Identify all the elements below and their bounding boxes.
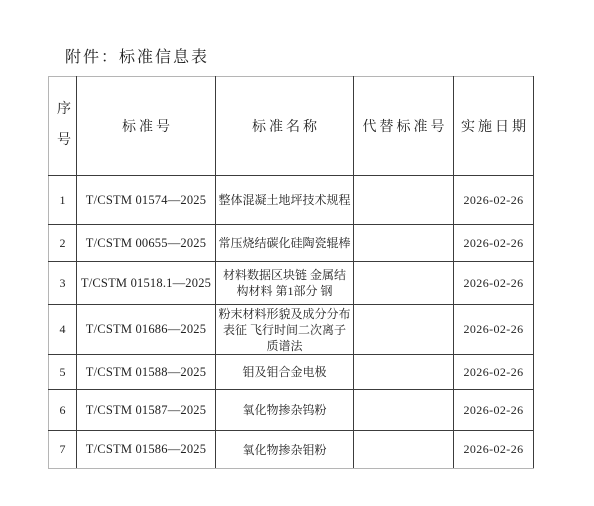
cell-standard-name: 氧化物掺杂钼粉	[216, 431, 354, 469]
cell-serial: 3	[49, 262, 77, 305]
cell-impl-date: 2026-02-26	[454, 390, 534, 431]
standards-table: 序号 标准号 标准名称 代替标准号 实施日期 1 T/CSTM 01574—20…	[48, 76, 534, 469]
cell-serial: 7	[49, 431, 77, 469]
cell-serial: 5	[49, 355, 77, 390]
cell-standard-no: T/CSTM 00655—2025	[77, 225, 216, 262]
page-title: 附件：标准信息表	[65, 44, 209, 67]
table-header-row: 序号 标准号 标准名称 代替标准号 实施日期	[49, 77, 534, 176]
cell-replaced-no	[354, 390, 454, 431]
cell-standard-no: T/CSTM 01518.1—2025	[77, 262, 216, 305]
table-row: 7 T/CSTM 01586—2025 氧化物掺杂钼粉 2026-02-26	[49, 431, 534, 469]
cell-serial: 4	[49, 305, 77, 355]
cell-impl-date: 2026-02-26	[454, 305, 534, 355]
cell-standard-name: 粉末材料形貌及成分分布表征 飞行时间二次离子质谱法	[216, 305, 354, 355]
col-header-standard-no: 标准号	[77, 77, 216, 176]
table-row: 5 T/CSTM 01588—2025 钼及钼合金电极 2026-02-26	[49, 355, 534, 390]
cell-standard-no: T/CSTM 01586—2025	[77, 431, 216, 469]
table-row: 4 T/CSTM 01686—2025 粉末材料形貌及成分分布表征 飞行时间二次…	[49, 305, 534, 355]
col-header-standard-name: 标准名称	[216, 77, 354, 176]
cell-standard-name: 钼及钼合金电极	[216, 355, 354, 390]
cell-replaced-no	[354, 305, 454, 355]
cell-standard-name: 材料数据区块链 金属结构材料 第1部分 钢	[216, 262, 354, 305]
cell-serial: 2	[49, 225, 77, 262]
col-header-serial: 序号	[49, 77, 77, 176]
col-header-replaced-no: 代替标准号	[354, 77, 454, 176]
cell-impl-date: 2026-02-26	[454, 176, 534, 225]
cell-impl-date: 2026-02-26	[454, 431, 534, 469]
table-row: 3 T/CSTM 01518.1—2025 材料数据区块链 金属结构材料 第1部…	[49, 262, 534, 305]
table-row: 6 T/CSTM 01587—2025 氧化物掺杂钨粉 2026-02-26	[49, 390, 534, 431]
cell-impl-date: 2026-02-26	[454, 355, 534, 390]
cell-standard-no: T/CSTM 01588—2025	[77, 355, 216, 390]
cell-replaced-no	[354, 431, 454, 469]
cell-impl-date: 2026-02-26	[454, 262, 534, 305]
table-row: 1 T/CSTM 01574—2025 整体混凝土地坪技术规程 2026-02-…	[49, 176, 534, 225]
cell-standard-name: 整体混凝土地坪技术规程	[216, 176, 354, 225]
cell-standard-no: T/CSTM 01587—2025	[77, 390, 216, 431]
cell-replaced-no	[354, 225, 454, 262]
cell-replaced-no	[354, 262, 454, 305]
cell-replaced-no	[354, 355, 454, 390]
cell-replaced-no	[354, 176, 454, 225]
cell-standard-name: 氧化物掺杂钨粉	[216, 390, 354, 431]
cell-impl-date: 2026-02-26	[454, 225, 534, 262]
document-page: 附件：标准信息表 序号 标准号 标准名称 代替标准号 实施日期 1 T/CSTM…	[0, 0, 594, 506]
cell-standard-no: T/CSTM 01574—2025	[77, 176, 216, 225]
cell-standard-no: T/CSTM 01686—2025	[77, 305, 216, 355]
table-row: 2 T/CSTM 00655—2025 常压烧结碳化硅陶瓷辊棒 2026-02-…	[49, 225, 534, 262]
cell-serial: 1	[49, 176, 77, 225]
col-header-impl-date: 实施日期	[454, 77, 534, 176]
cell-standard-name: 常压烧结碳化硅陶瓷辊棒	[216, 225, 354, 262]
cell-serial: 6	[49, 390, 77, 431]
